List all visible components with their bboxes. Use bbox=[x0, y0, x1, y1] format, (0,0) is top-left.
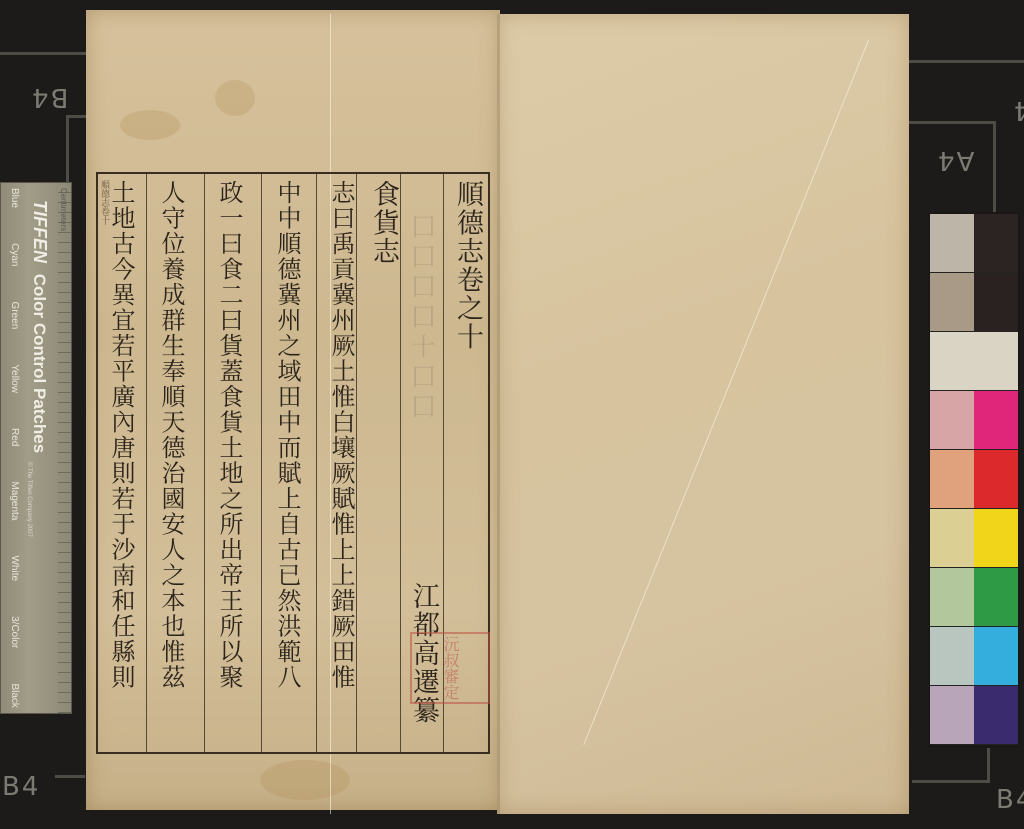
ruler-brand-name: TIFFEN bbox=[30, 200, 50, 263]
ruler-color-label: Cyan bbox=[9, 243, 20, 266]
ruler-color-label: 3/Color bbox=[9, 616, 20, 648]
ruler-color-label: Red bbox=[9, 428, 20, 446]
color-patch bbox=[930, 214, 974, 272]
ruler-color-label: Green bbox=[9, 302, 20, 330]
background-grid-line bbox=[987, 748, 990, 782]
color-patch bbox=[974, 568, 1018, 626]
color-patch bbox=[974, 627, 1018, 685]
color-patch-card bbox=[928, 212, 1020, 748]
paper-stain bbox=[260, 760, 350, 800]
color-patch bbox=[930, 450, 974, 508]
text-column: 中中順德冀州之域田中而賦上自古已然洪範八 bbox=[268, 180, 306, 690]
ruler-units-label: Centimeters bbox=[59, 188, 68, 231]
patch-row bbox=[930, 214, 1018, 273]
patch-row bbox=[930, 332, 1018, 391]
patch-row bbox=[930, 450, 1018, 509]
color-patch bbox=[930, 273, 974, 331]
column-rule bbox=[146, 174, 147, 752]
text-column: 人守位養成群生奉順天德治國安人之本也惟茲 bbox=[152, 180, 190, 690]
background-grid-line bbox=[66, 115, 69, 185]
ruler-color-label: White bbox=[9, 555, 20, 581]
background-grid-line bbox=[906, 60, 1024, 63]
color-patch bbox=[974, 391, 1018, 449]
text-column: 土地古今異宜若平廣內唐則若于沙南和任縣則 bbox=[102, 180, 140, 690]
tiffen-color-ruler: Centimeters TIFFEN Color Control Patches… bbox=[0, 182, 72, 714]
book-right-page bbox=[497, 14, 909, 814]
color-patch bbox=[974, 686, 1018, 744]
chapter-title-column: 順德志卷之十 bbox=[448, 180, 486, 351]
color-patch bbox=[974, 509, 1018, 567]
background-label: B4 bbox=[996, 785, 1024, 815]
section-title-column: 食貨志 bbox=[364, 180, 402, 266]
ruler-color-label: Magenta bbox=[9, 481, 20, 520]
background-label: 4 bbox=[1012, 95, 1024, 125]
margin-note: 順德志卷十 bbox=[98, 180, 111, 225]
background-grid-line bbox=[55, 775, 85, 778]
background-grid-line bbox=[993, 121, 996, 213]
patch-row bbox=[930, 509, 1018, 568]
background-grid-line bbox=[906, 121, 996, 124]
patch-row bbox=[930, 273, 1018, 332]
ruler-brand: TIFFEN Color Control Patches bbox=[29, 200, 50, 453]
color-patch bbox=[930, 509, 974, 567]
paper-stain bbox=[120, 110, 180, 140]
patch-row bbox=[930, 391, 1018, 450]
column-rule bbox=[204, 174, 205, 752]
background-label: B4 bbox=[2, 772, 40, 802]
red-seal-stamp: 沅叔審定 bbox=[410, 632, 490, 704]
paper-stain bbox=[215, 80, 255, 116]
text-column: 政一曰食二曰貨蓋食貨土地之所出帝王所以聚 bbox=[210, 180, 248, 690]
color-patch bbox=[930, 332, 1018, 390]
color-patch bbox=[930, 391, 974, 449]
ruler-color-label: Blue bbox=[9, 188, 20, 208]
text-column: 志曰禹貢冀州厥土惟白壤厥賦惟上上錯厥田惟 bbox=[320, 180, 358, 690]
book-spine-crease bbox=[497, 14, 500, 814]
color-patch bbox=[974, 214, 1018, 272]
background-label: B4 bbox=[30, 82, 68, 112]
color-patch bbox=[974, 273, 1018, 331]
patch-row bbox=[930, 627, 1018, 686]
patch-row bbox=[930, 568, 1018, 627]
background-label: A4 bbox=[936, 145, 974, 175]
background-grid-line bbox=[0, 52, 90, 55]
column-rule bbox=[261, 174, 262, 752]
ruler-copyright: © The Tiffen Company 2007 bbox=[26, 462, 32, 537]
patch-row bbox=[930, 686, 1018, 745]
column-rule bbox=[316, 174, 317, 752]
ruler-color-label: Yellow bbox=[9, 364, 20, 393]
bleed-through-text: 囗囗囗囗十囗囗 bbox=[404, 214, 439, 424]
ruler-product-name: Color Control Patches bbox=[30, 274, 49, 453]
color-patch bbox=[930, 686, 974, 744]
color-patch bbox=[974, 450, 1018, 508]
background-grid-line bbox=[912, 780, 990, 783]
color-patch bbox=[930, 627, 974, 685]
ruler-ticks bbox=[58, 182, 72, 714]
color-patch bbox=[930, 568, 974, 626]
ruler-color-label: Black bbox=[9, 683, 20, 707]
ruler-color-labels: Blue Cyan Green Yellow Red Magenta White… bbox=[9, 188, 20, 708]
